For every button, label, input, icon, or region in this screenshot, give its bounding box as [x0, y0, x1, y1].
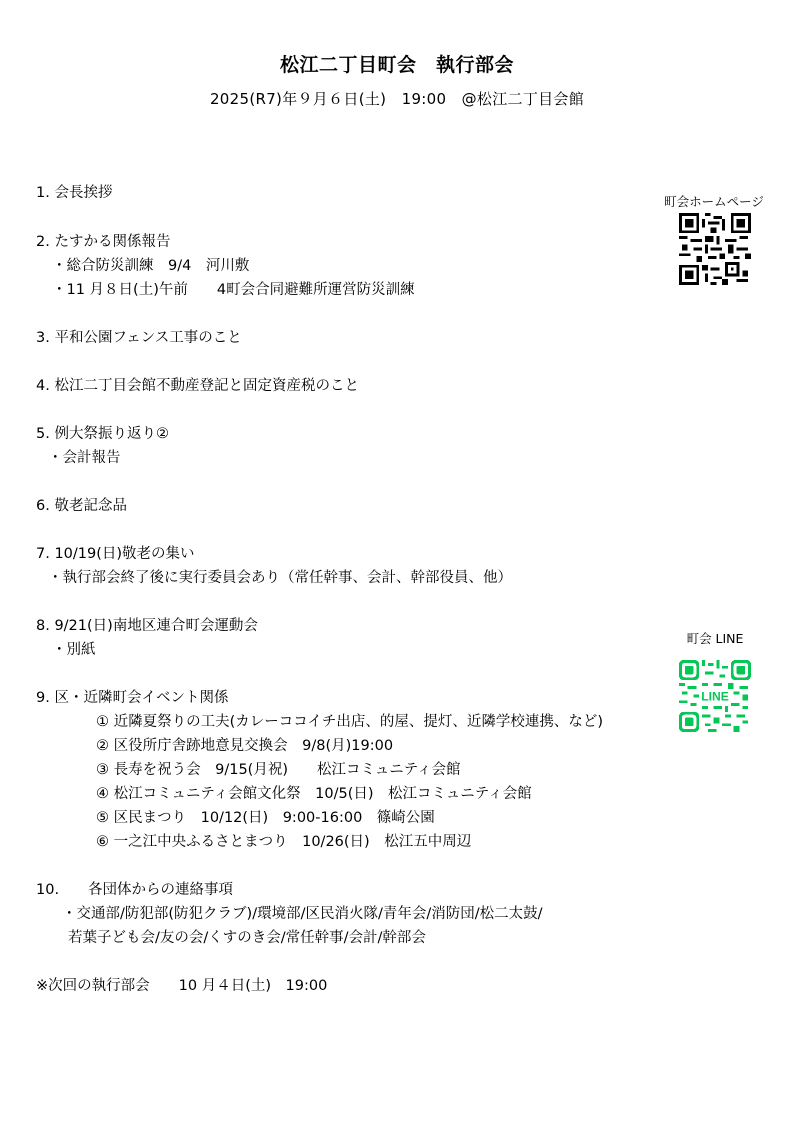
- event-item: ② 区役所庁舎跡地意見交換会 9/8(月)19:00: [96, 737, 393, 755]
- homepage-qr-code-icon[interactable]: [679, 213, 751, 285]
- agenda-item-7: 7. 10/19(日)敬老の集い: [36, 545, 195, 563]
- line-qr-label: 町会 LINE: [665, 629, 765, 647]
- next-meeting-note: ※次回の執行部会 10 月４日(土) 19:00: [36, 977, 327, 995]
- agenda-item-5: 5. 例大祭振り返り②: [36, 425, 169, 443]
- event-item: ③ 長寿を祝う会 9/15(月祝) 松江コミュニティ会館: [96, 761, 461, 779]
- meeting-datetime: 2025(R7)年９月６日(土) 19:00 @松江二丁目会館: [0, 88, 794, 109]
- agenda-item-8: 8. 9/21(日)南地区連合町会運動会: [36, 617, 258, 635]
- agenda-item-1: 1. 会長挨拶: [36, 184, 112, 202]
- line-qr-code-icon[interactable]: LINE: [679, 660, 751, 732]
- agenda-item-10: 10. 各団体からの連絡事項: [36, 881, 233, 899]
- agenda-subitem: ・交通部/防犯部(防犯クラブ)/環境部/区民消火隊/青年会/消防団/松二太鼓/: [62, 905, 543, 923]
- event-item: ⑤ 区民まつり 10/12(日) 9:00-16:00 篠崎公園: [96, 809, 435, 827]
- agenda-subitem: ・総合防災訓練 9/4 河川敷: [52, 257, 249, 275]
- agenda-subitem: 若葉子ども会/友の会/くすのき会/常任幹事/会計/幹部会: [68, 929, 426, 947]
- agenda-item-9: 9. 区・近隣町会イベント関係: [36, 689, 228, 707]
- agenda-subitem: ・執行部会終了後に実行委員会あり（常任幹事、会計、幹部役員、他）: [48, 569, 512, 587]
- agenda-item-3: 3. 平和公園フェンス工事のこと: [36, 329, 242, 347]
- agenda-item-6: 6. 敬老記念品: [36, 497, 127, 515]
- agenda-subitem: ・11 月８日(土)午前 4町会合同避難所運営防災訓練: [52, 281, 415, 299]
- agenda-item-2: 2. たすかる関係報告: [36, 233, 170, 251]
- event-item: ⑥ 一之江中央ふるさとまつり 10/26(日) 松江五中周辺: [96, 833, 471, 851]
- agenda-item-4: 4. 松江二丁目会館不動産登記と固定資産税のこと: [36, 377, 359, 395]
- line-logo-text: LINE: [701, 689, 729, 703]
- event-item: ① 近隣夏祭りの工夫(カレーココイチ出店、的屋、提灯、近隣学校連携、など): [96, 713, 603, 731]
- agenda-subitem: ・会計報告: [48, 449, 121, 467]
- page-title: 松江二丁目町会 執行部会: [0, 50, 794, 77]
- event-item: ④ 松江コミュニティ会館文化祭 10/5(日) 松江コミュニティ会館: [96, 785, 532, 803]
- agenda-subitem: ・別紙: [52, 641, 96, 659]
- homepage-qr-label: 町会ホームページ: [652, 192, 776, 210]
